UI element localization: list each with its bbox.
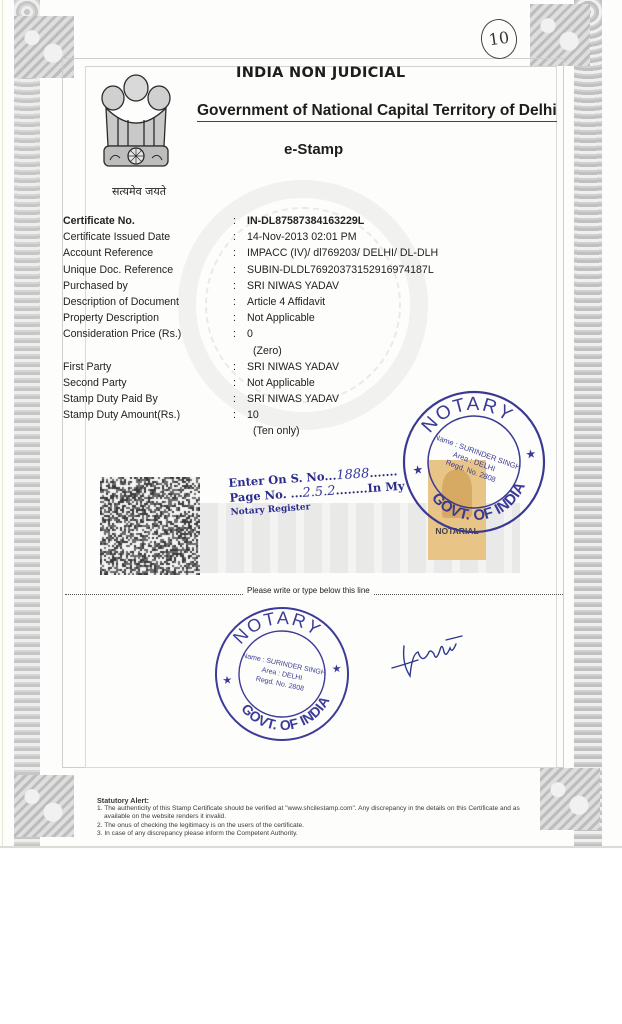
svg-text:★: ★ <box>222 674 233 687</box>
field-value: SRI NIWAS YADAV <box>247 359 339 375</box>
field-value: SRI NIWAS YADAV <box>247 391 339 407</box>
emblem-motto: सत्यमेव जयते <box>100 184 178 199</box>
field-value: 0 <box>247 326 253 342</box>
field-label: Consideration Price (Rs.) <box>63 326 181 342</box>
alert-item: available on the website renders it inva… <box>97 813 520 821</box>
field-value: SRI NIWAS YADAV <box>247 278 339 294</box>
field-label: First Party <box>63 359 111 375</box>
svg-text:★: ★ <box>412 462 425 477</box>
header-india-non-judicial: INDIA NON JUDICIAL <box>236 65 405 81</box>
svg-text:GOVT. OF INDIA: GOVT. OF INDIA <box>237 692 335 738</box>
consideration-words-row: (Zero) <box>63 343 543 359</box>
e-stamp-certificate: 10 सत्यमेव जयते INDIA NON JUDICIAL Gover… <box>0 0 622 850</box>
header-government: Government of National Capital Territory… <box>197 102 557 122</box>
field-value: 14-Nov-2013 02:01 PM <box>247 229 357 245</box>
register-page-number: 2.5.2 <box>302 484 336 501</box>
field-unique-doc-reference: Unique Doc. Reference : SUBIN-DLDL769203… <box>63 262 543 278</box>
field-value: SUBIN-DLDL76920373152916974187L <box>247 262 434 278</box>
field-label: Property Description <box>63 310 159 326</box>
field-label: Second Party <box>63 375 127 391</box>
alert-title: Statutory Alert: <box>97 797 520 805</box>
svg-text:NOTARY: NOTARY <box>227 603 327 649</box>
svg-text:★: ★ <box>525 446 538 461</box>
svg-text:★: ★ <box>331 663 342 676</box>
ornamental-border-right <box>574 0 602 846</box>
field-purchased-by: Purchased by : SRI NIWAS YADAV <box>63 278 543 294</box>
corner-ornament-icon <box>14 775 74 837</box>
ashoka-emblem-icon <box>96 68 176 180</box>
field-label: Description of Document <box>63 294 179 310</box>
field-value: Not Applicable <box>247 375 315 391</box>
field-first-party: First Party : SRI NIWAS YADAV <box>63 359 543 375</box>
paper-bottom-edge <box>0 846 622 848</box>
svg-text:GOVT. OF INDIA: GOVT. OF INDIA <box>427 477 533 530</box>
field-label: Stamp Duty Paid By <box>63 391 158 407</box>
field-account-reference: Account Reference : IMPACC (IV)/ dl76920… <box>63 245 543 261</box>
field-label: Certificate Issued Date <box>63 229 170 245</box>
field-property-description: Property Description : Not Applicable <box>63 310 543 326</box>
header-e-stamp: e-Stamp <box>284 141 343 158</box>
field-issued-date: Certificate Issued Date : 14-Nov-2013 02… <box>63 229 543 245</box>
alert-item: 3. In case of any discrepancy please inf… <box>97 830 520 838</box>
separator-label: Please write or type below this line <box>244 586 373 595</box>
field-value: Not Applicable <box>247 310 315 326</box>
consideration-words: (Zero) <box>253 343 282 359</box>
field-value: Article 4 Affidavit <box>247 294 325 310</box>
signature <box>388 624 468 684</box>
stamp-duty-words: (Ten only) <box>253 423 300 439</box>
field-value: IMPACC (IV)/ dl769203/ DELHI/ DL-DLH <box>247 245 438 261</box>
field-consideration-price: Consideration Price (Rs.) : 0 <box>63 326 543 342</box>
field-label: Purchased by <box>63 278 128 294</box>
alert-item: 2. The onus of checking the legitimacy i… <box>97 822 520 830</box>
qr-code <box>100 477 200 575</box>
page-number: 10 <box>478 17 519 62</box>
scan-edge <box>2 0 3 846</box>
svg-text:NOTARY: NOTARY <box>415 387 520 439</box>
field-value: IN-DL87587384163229L <box>247 213 364 229</box>
notary-seal-stamp: NOTARY GOVT. OF INDIA ★ ★ Name : SURINDE… <box>205 597 359 751</box>
field-label: Stamp Duty Amount(Rs.) <box>63 407 180 423</box>
ornamental-border-left <box>14 0 40 846</box>
field-certificate-no: Certificate No. : IN-DL87587384163229L <box>63 213 543 229</box>
corner-ornament-icon <box>530 4 590 66</box>
field-label: Account Reference <box>63 245 153 261</box>
notary-seal-stamp: NOTARY GOVT. OF INDIA ★ ★ Name : SURINDE… <box>390 378 557 545</box>
statutory-alert: Statutory Alert: 1. The authenticity of … <box>97 797 520 838</box>
corner-ornament-icon <box>540 768 600 830</box>
field-label: Certificate No. <box>63 213 135 229</box>
field-label: Unique Doc. Reference <box>63 262 173 278</box>
field-value: 10 <box>247 407 259 423</box>
alert-item: 1. The authenticity of this Stamp Certif… <box>97 805 520 813</box>
field-description-of-document: Description of Document : Article 4 Affi… <box>63 294 543 310</box>
